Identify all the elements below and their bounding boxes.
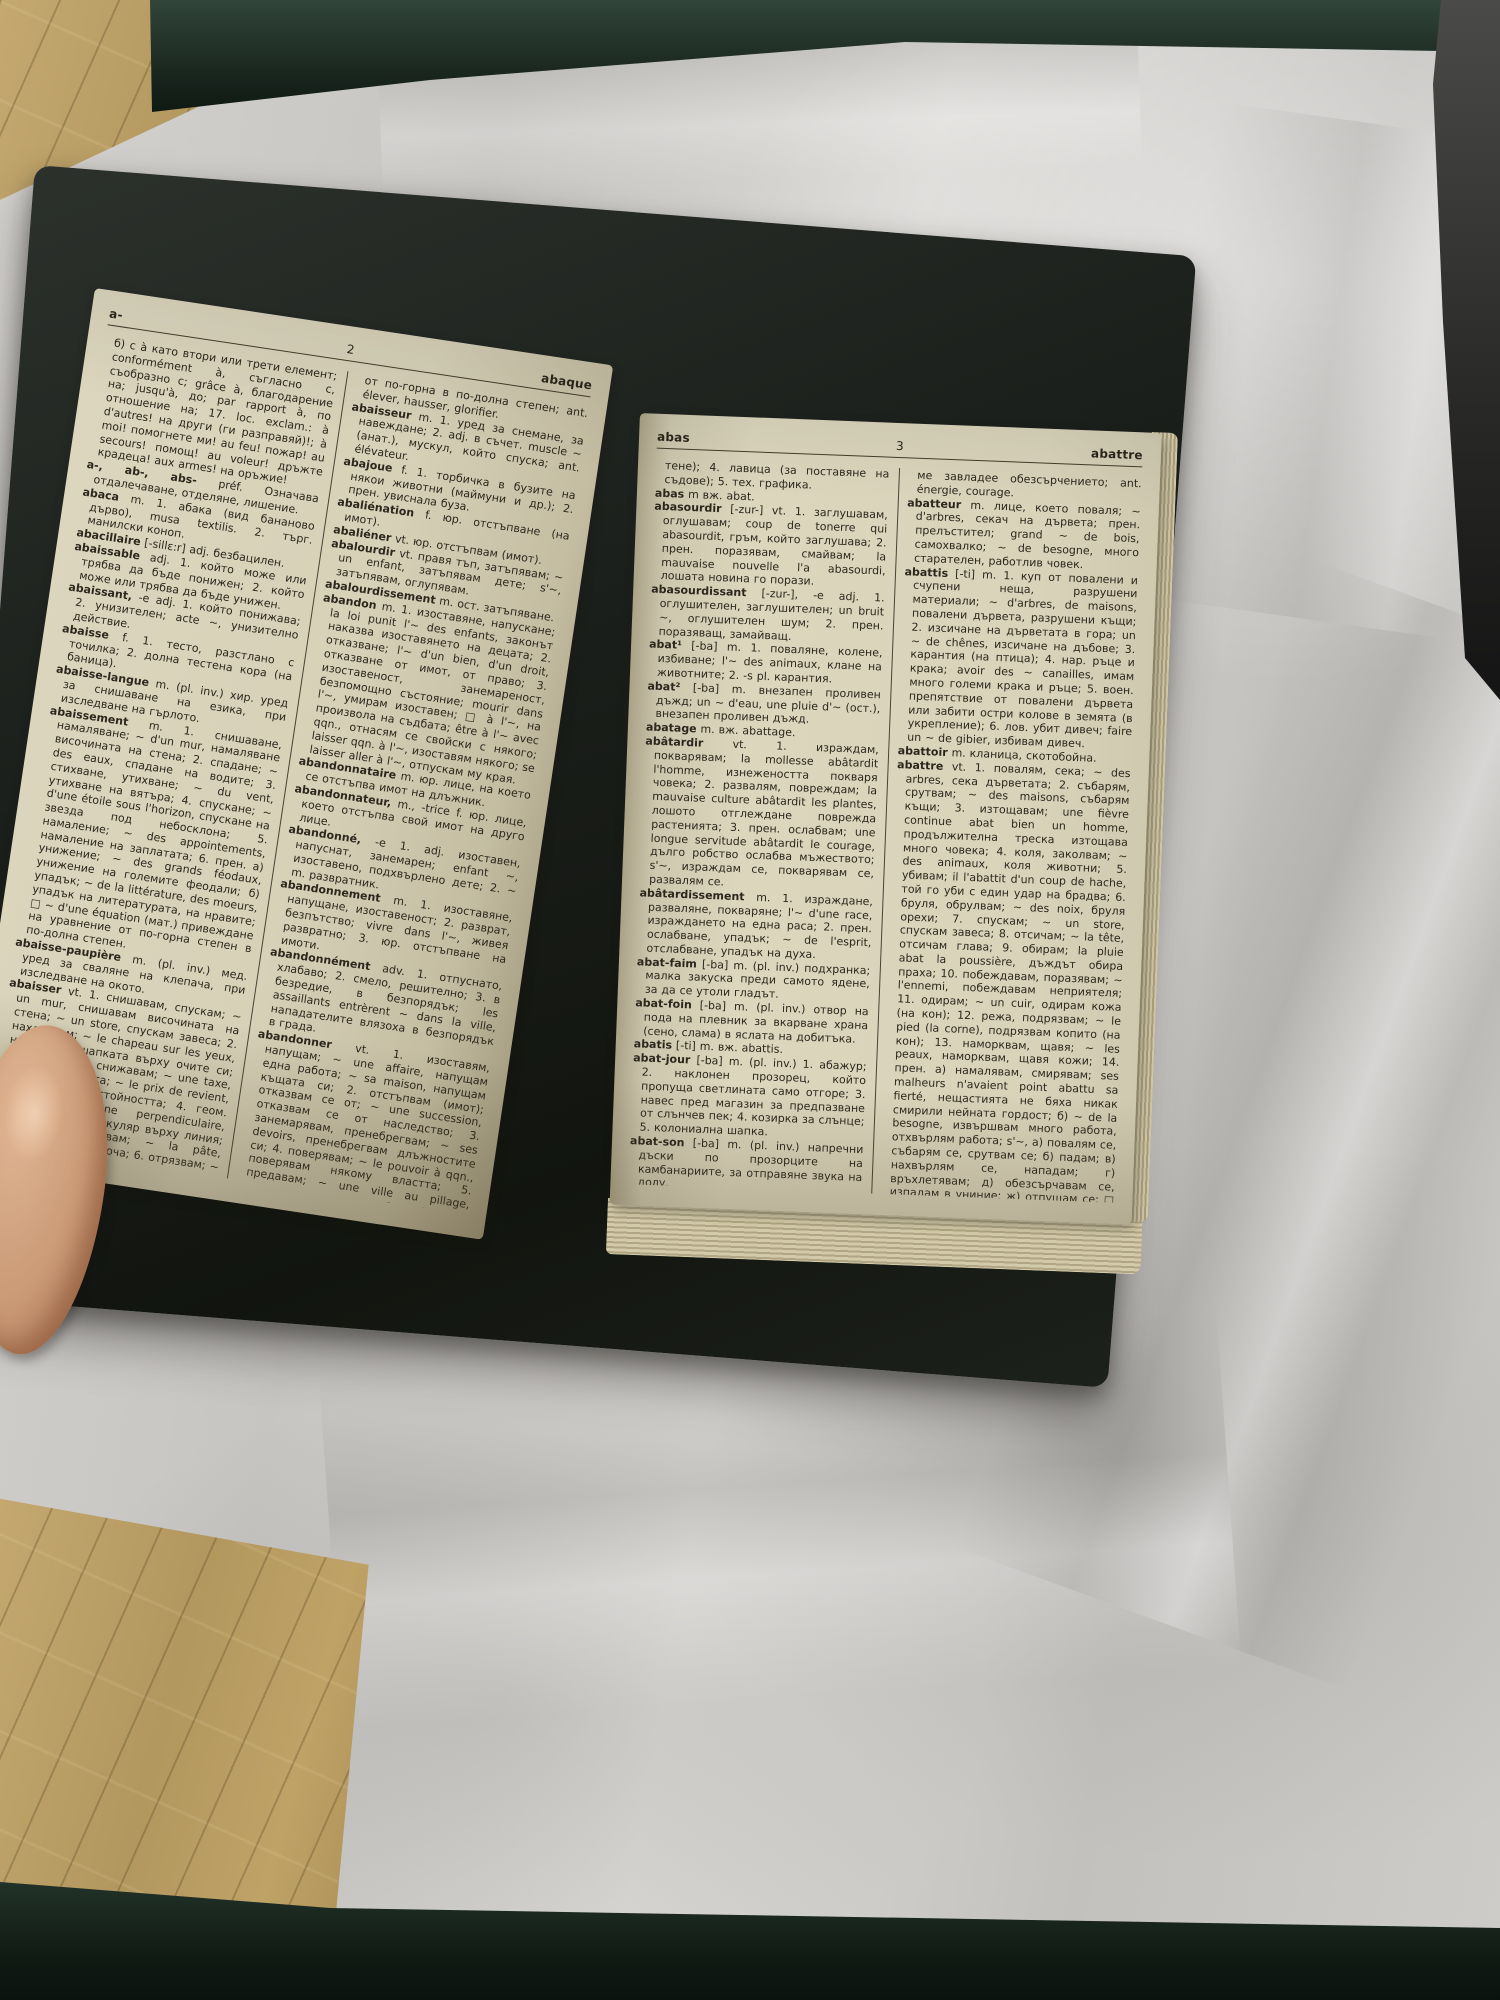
guide-word-left: abas [657,430,690,445]
guide-word-right: abattre [1091,446,1143,462]
dictionary-entry: abattis [-ti] m. 1. куп от повалени и сч… [898,565,1138,753]
dictionary-entry: abattre vt. 1. повалям, сека; ~ des arbr… [874,758,1131,1203]
dictionary-entry: abasourdir [-zur-] vt. 1. заглушавам, ог… [651,500,888,592]
dictionary-entry: abatteur m. лице, което поваля; ~ d'arbr… [905,496,1141,574]
page-number-left: 2 [346,342,356,357]
right-page-column-2: ме завладее обезсърчението; ant. énergie… [871,468,1142,1203]
page-number-right: 3 [896,439,904,453]
dictionary-entry: abasourdissant [-zur-], -e adj. 1. оглуш… [649,583,884,647]
photo-scene: a- 2 abaque б) с à като втори или трети … [0,0,1500,2000]
guide-word-left: a- [108,306,123,322]
thumb-highlight [0,1061,69,1166]
dictionary-entry: abâtardissement m. 1. израждане, разваля… [637,886,873,964]
dictionary-entry: abâtardir vt. 1. израждам, покварявам; l… [640,734,879,895]
dictionary-entry: abat-jour [-ba] m. (pl. inv.) 1. абажур;… [630,1051,867,1143]
dictionary-entry: abat-son [-ba] m. (pl. inv.) напречни дъ… [628,1134,863,1193]
dictionary-entry: abaissement m. 1. снишаване, намаляване;… [16,704,283,971]
right-page-column-1: тене); 4. лавица (за поставяне на съдове… [628,459,898,1194]
dictionary-entry: abandonner vt. 1. изоставям, напущам; ~ … [226,1028,491,1215]
right-page: abas 3 abattre тене); 4. лавица (за пост… [610,413,1162,1224]
